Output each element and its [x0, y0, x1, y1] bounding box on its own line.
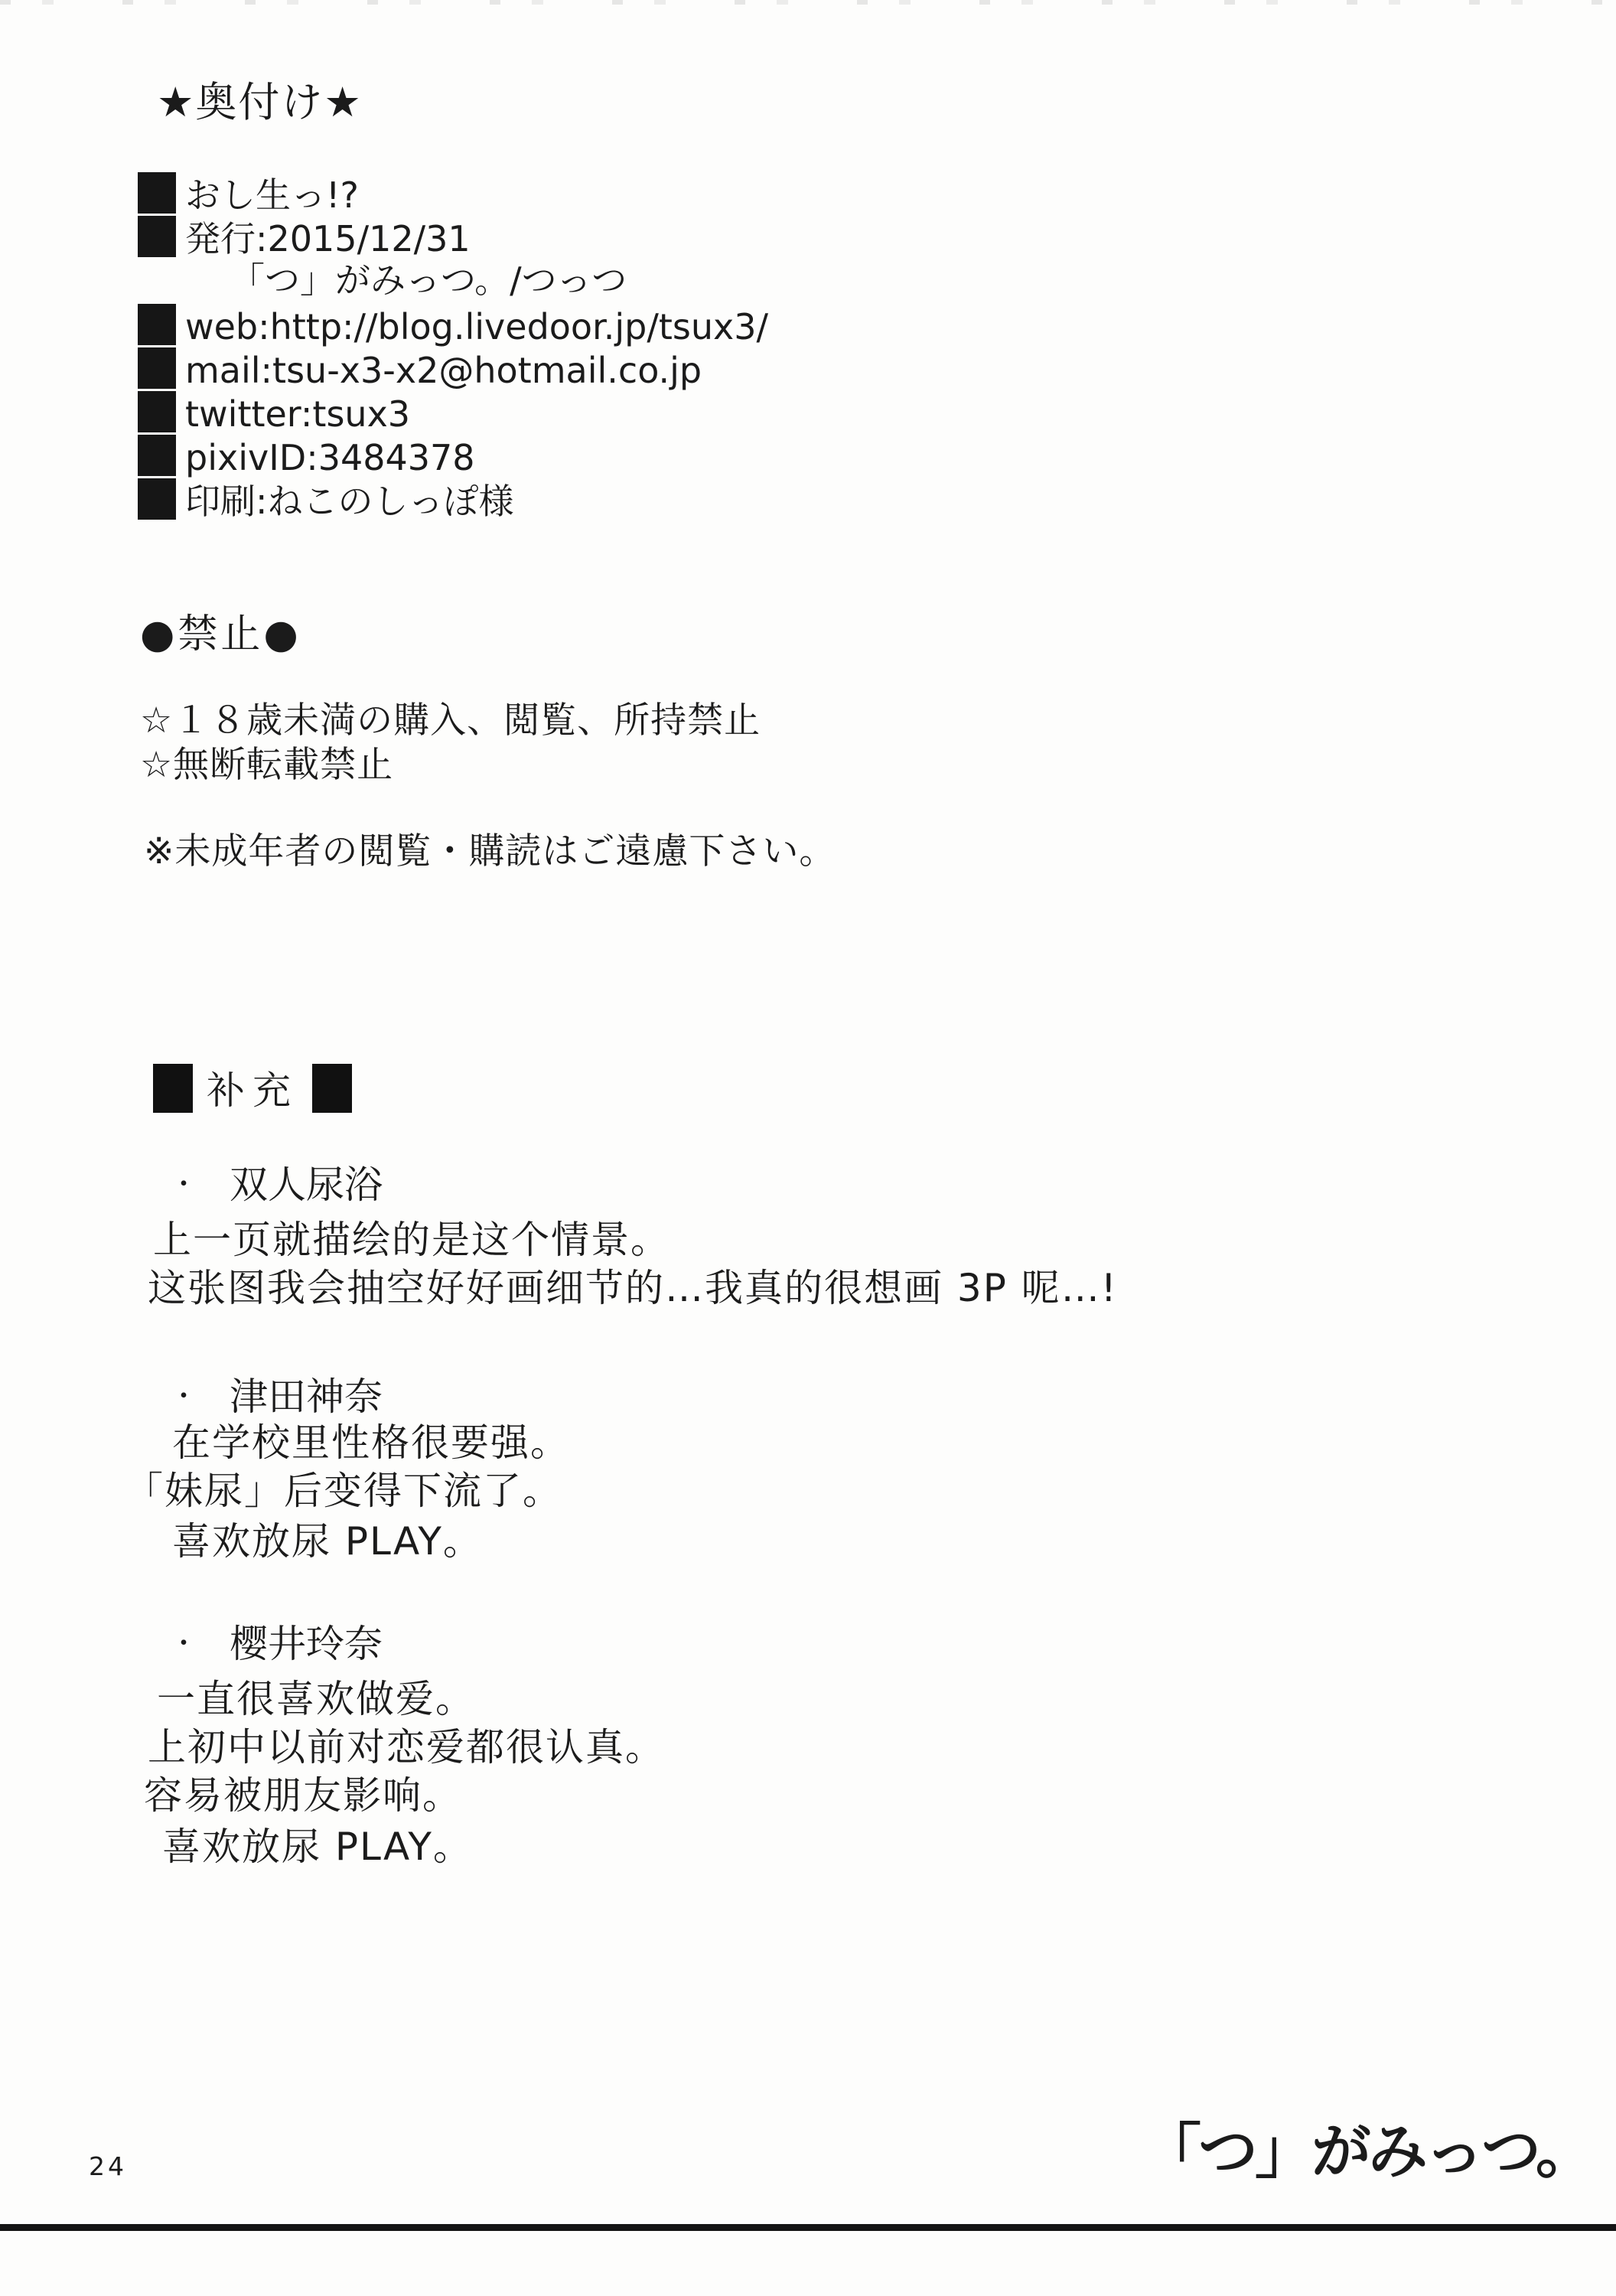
supplement-entry-line: 这张图我会抽空好好画细节的…我真的很想画 3P 呢…! — [148, 1267, 1118, 1311]
supplement-entry-line: 喜欢放尿 PLAY。 — [172, 1520, 483, 1564]
colophon-line-pixiv: pixivID:3484378 — [138, 435, 475, 478]
black-square-bullet-icon — [138, 172, 176, 214]
colophon-line-text: おし生っ!? — [185, 174, 359, 216]
prohibition-note: ※未成年者の閲覧・購読はご遠慮下さい。 — [144, 831, 836, 872]
supplement-entry-name: ・双人尿浴 — [170, 1163, 383, 1208]
colophon-line-mail: mail:tsu-x3-x2@hotmail.co.jp — [138, 347, 702, 391]
prohibition-item: ☆１８歳未満の購入、閲覧、所持禁止 — [140, 700, 761, 742]
colophon-line-title: おし生っ!? — [138, 172, 359, 216]
entry-name-text: 津田神奈 — [230, 1375, 383, 1419]
supplement-entry-line: 容易被朋友影响。 — [144, 1774, 462, 1818]
supplement-entry-line: 喜欢放尿 PLAY。 — [162, 1825, 473, 1870]
colophon-line-text: 印刷:ねこのしっぽ様 — [185, 481, 514, 522]
black-square-bullet-icon — [138, 347, 176, 389]
colophon-line-text: 「つ」がみっつ。/つっつ — [230, 259, 627, 301]
black-square-icon — [153, 1064, 193, 1113]
colophon-line-published: 発行:2015/12/31 — [138, 216, 471, 259]
black-square-bullet-icon — [138, 478, 176, 520]
colophon-line-text: pixivID:3484378 — [185, 437, 475, 478]
colophon-line-twitter: twitter:tsux3 — [138, 391, 410, 435]
supplement-title: 补充 — [153, 1064, 352, 1114]
colophon-line-text: twitter:tsux3 — [185, 393, 410, 435]
page-number: 24 — [89, 2152, 127, 2181]
colophon-line-text: mail:tsu-x3-x2@hotmail.co.jp — [185, 350, 702, 391]
circle-name-logo: 「つ」がみっつ。 — [1142, 2118, 1592, 2187]
dot-bullet-icon: ・ — [170, 1169, 197, 1200]
supplement-entry-line: 一直很喜欢做爱。 — [157, 1678, 475, 1722]
entry-name-text: 双人尿浴 — [230, 1163, 383, 1207]
supplement-entry-line: 上一页就描绘的是这个情景。 — [153, 1218, 670, 1263]
colophon-title: ★奥付け★ — [157, 79, 363, 126]
black-square-bullet-icon — [138, 391, 176, 432]
prohibition-item: ☆無断転載禁止 — [140, 745, 393, 786]
supplement-title-text: 补充 — [207, 1068, 298, 1113]
colophon-line-printer: 印刷:ねこのしっぽ様 — [138, 478, 514, 522]
entry-name-text: 樱井玲奈 — [230, 1622, 383, 1666]
colophon-line-circle-author: 「つ」がみっつ。/つっつ — [230, 260, 627, 301]
colophon-line-text: web:http://blog.livedoor.jp/tsux3/ — [185, 306, 768, 347]
supplement-entry-line: 在学校里性格很要强。 — [172, 1421, 570, 1466]
doujin-colophon-page: ★奥付け★ おし生っ!? 発行:2015/12/31 「つ」がみっつ。/つっつ … — [0, 0, 1616, 2296]
supplement-entry-name: ・樱井玲奈 — [170, 1623, 383, 1667]
black-square-bullet-icon — [138, 304, 176, 345]
colophon-line-web: web:http://blog.livedoor.jp/tsux3/ — [138, 304, 768, 347]
black-square-bullet-icon — [138, 216, 176, 257]
dot-bullet-icon: ・ — [170, 1628, 197, 1659]
bottom-border-rule — [0, 2224, 1616, 2231]
dot-bullet-icon: ・ — [170, 1381, 197, 1412]
supplement-entry-line: 上初中以前对恋爱都很认真。 — [148, 1726, 665, 1770]
supplement-entry-name: ・津田神奈 — [170, 1375, 383, 1420]
prohibition-title: ●禁止● — [140, 612, 301, 658]
scan-noise-strip — [0, 0, 1616, 5]
black-square-bullet-icon — [138, 435, 176, 476]
black-square-icon — [312, 1064, 352, 1113]
colophon-line-text: 発行:2015/12/31 — [185, 218, 471, 259]
supplement-entry-line: 「妹尿」后变得下流了。 — [125, 1469, 562, 1514]
